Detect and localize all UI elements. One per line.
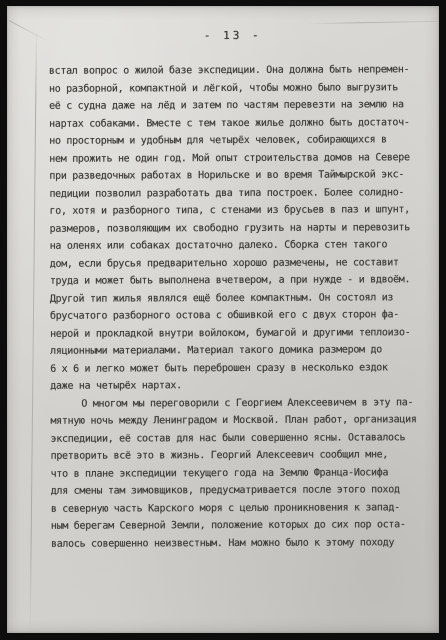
text-line: мятную ночь между Ленинградом и Москвой.… xyxy=(50,411,418,430)
text-line: при разведочных работах в Норильске и во… xyxy=(49,166,417,185)
text-line: экспедиции, её состав для нас были совер… xyxy=(50,429,418,448)
text-line: нерой и прокладкой внутри войлоком, бума… xyxy=(50,324,418,343)
text-line: претворить всё это в жизнь. Георгий Алек… xyxy=(51,446,419,465)
text-line: в северную часть Карского моря с целью п… xyxy=(51,499,419,518)
typewritten-content: - 13 - встал вопрос о жилой базе экспеди… xyxy=(49,0,420,640)
text-line: дом, если брусья предварительно хорошо р… xyxy=(50,254,418,273)
text-line: но просторным и удобным для четырёх чело… xyxy=(49,131,417,150)
text-line: труда и может быть выполнена вчетвером, … xyxy=(50,271,418,290)
text-line: нем прожить не один год. Мой опыт строит… xyxy=(49,149,417,168)
text-line: её с судна даже на лёд и затем по частям… xyxy=(49,96,417,115)
text-line: встал вопрос о жилой базе экспедиции. Он… xyxy=(49,61,417,80)
text-line: го, хотя и разборного типа, с стенами из… xyxy=(49,201,417,220)
text-line: ным берегам Северной Земли, положение ко… xyxy=(51,516,419,535)
text-block: встал вопрос о жилой базе экспедиции. Он… xyxy=(49,61,419,553)
page-edge-line xyxy=(30,28,37,631)
text-line: педиции позволил разработать два типа по… xyxy=(49,184,417,203)
text-line: Другой тип жилья являлся ещё более компа… xyxy=(50,289,418,308)
text-line: брусчатого разборного остова с обшивкой … xyxy=(50,306,418,325)
scanned-document-page: - 13 - встал вопрос о жилой базе экспеди… xyxy=(0,0,446,640)
text-line: но разборной, компактной и лёгкой, чтобы… xyxy=(49,79,417,98)
text-line: О многом мы переговорили с Георгием Алек… xyxy=(50,394,418,413)
text-line: на оленях или собаках достаточно далеко.… xyxy=(50,236,418,255)
text-line: валось совершенно неизвестным. Нам можно… xyxy=(51,534,419,553)
text-line: даже на четырёх нартах. xyxy=(50,376,418,395)
text-line: что в плане экспедиции текущего года на … xyxy=(51,464,419,483)
corner-crease xyxy=(9,20,50,42)
text-line: 6 х 6 и легко может быть переброшен сраз… xyxy=(50,359,418,378)
text-line: размеров, позволяющим их свободно грузит… xyxy=(50,219,418,238)
text-line: для смены там зимовщиков, предусматривае… xyxy=(51,481,419,500)
text-line: ляционными материалами. Материал такого … xyxy=(50,341,418,360)
text-line: нартах собаками. Вместе с тем такое жиль… xyxy=(49,114,417,133)
page-number: - 13 - xyxy=(49,28,417,43)
